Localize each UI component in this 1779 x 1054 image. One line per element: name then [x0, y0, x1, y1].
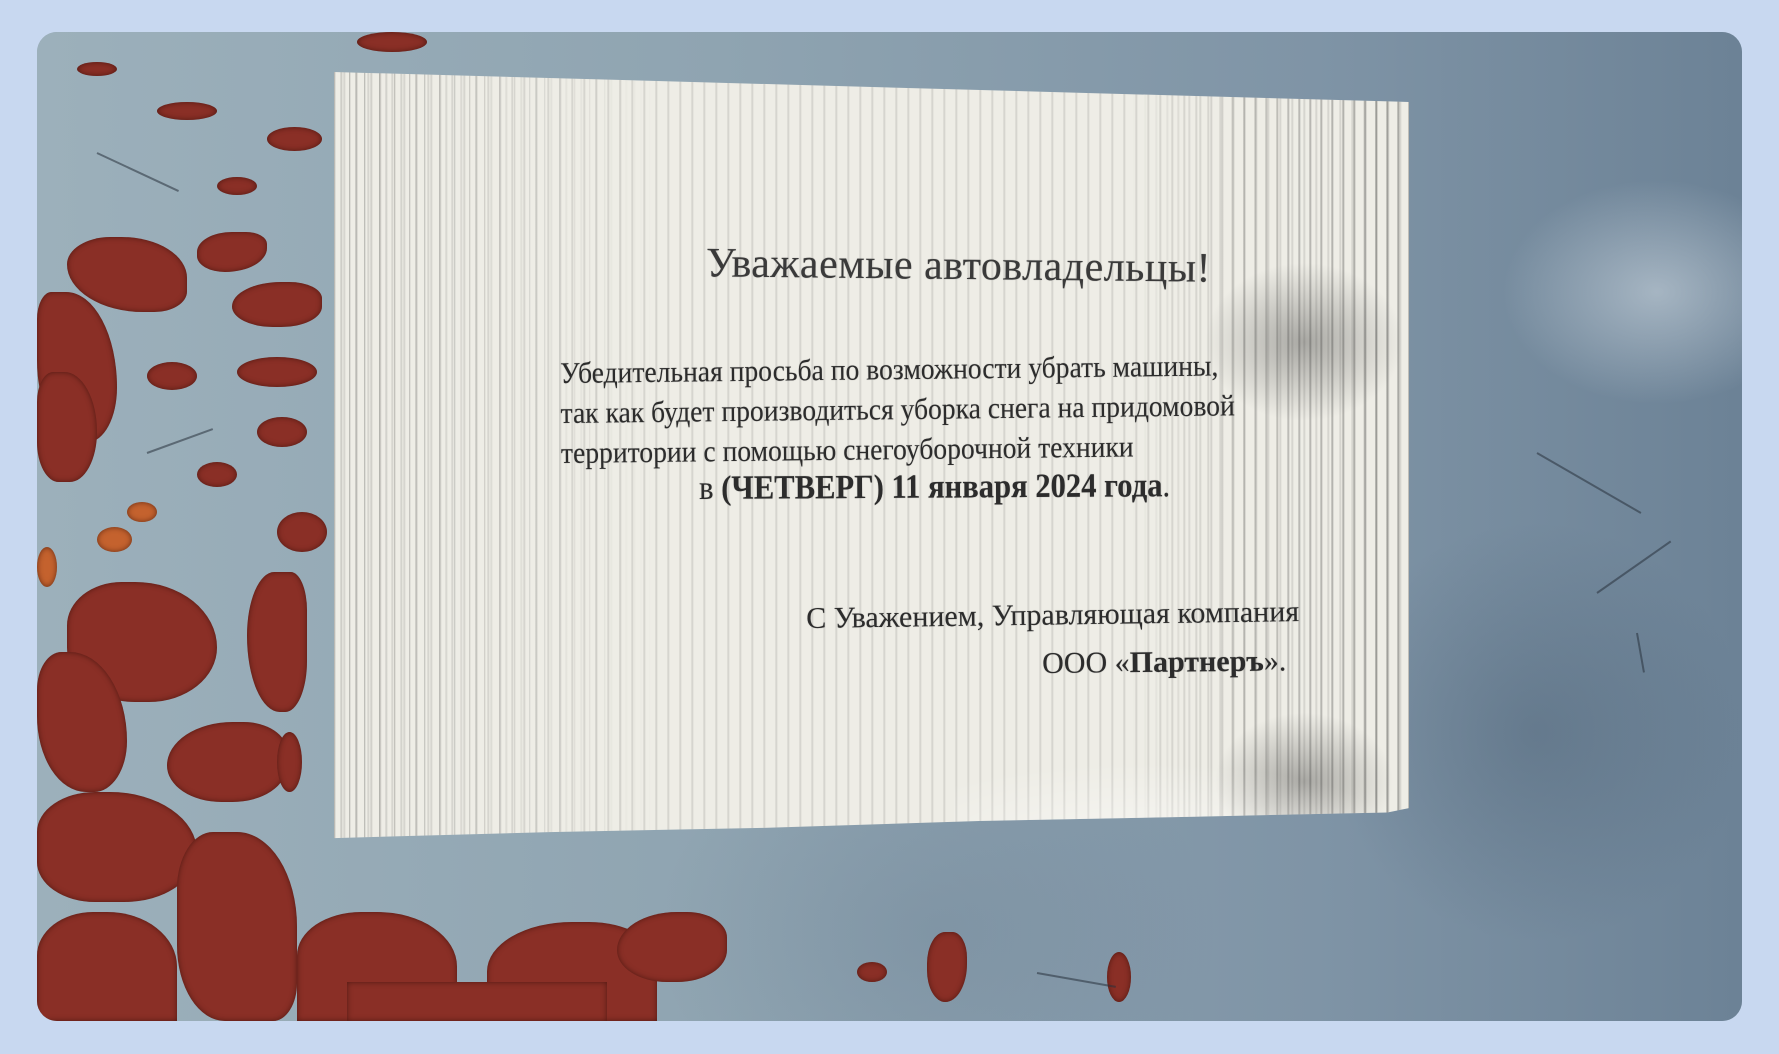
notice-body: Убедительная просьба по возможности убра…	[560, 346, 1235, 474]
date-text: (ЧЕТВЕРГ) 11 января 2024 года	[721, 467, 1162, 507]
wall-crack	[1037, 972, 1116, 988]
notice-body-line: так как будет производиться уборка снега…	[560, 386, 1235, 434]
wall-crack	[97, 152, 179, 192]
rust-patch	[37, 792, 197, 902]
rust-patch	[177, 832, 297, 1021]
company-prefix: ООО «	[1042, 646, 1130, 680]
rust-patch	[127, 502, 157, 522]
rust-patch	[347, 982, 607, 1021]
rust-patch	[37, 912, 177, 1021]
date-prefix: в	[699, 470, 721, 507]
rust-patch	[267, 127, 322, 151]
printed-notice: Уважаемые автовладельцы! Убедительная пр…	[334, 72, 1409, 928]
rust-patch	[247, 572, 307, 712]
notice-title: Уважаемые автовладельцы!	[706, 239, 1212, 292]
company-suffix: ».	[1264, 644, 1287, 677]
rust-patch	[237, 357, 317, 387]
wall-crack	[1537, 452, 1642, 514]
rust-patch	[157, 102, 217, 120]
rust-patch	[1107, 952, 1131, 1002]
wall-crack	[147, 428, 213, 454]
toner-streaks	[334, 72, 664, 928]
rust-patch	[927, 932, 967, 1002]
wall-crack	[1636, 633, 1645, 673]
rust-patch	[147, 362, 197, 390]
rust-patch	[217, 177, 257, 195]
rust-patch	[257, 417, 307, 447]
rust-patch	[277, 732, 302, 792]
notice-date: в (ЧЕТВЕРГ) 11 января 2024 года.	[699, 467, 1170, 508]
rust-patch	[77, 62, 117, 76]
rust-patch	[167, 722, 287, 802]
rust-patch	[37, 547, 57, 587]
rust-patch	[277, 512, 327, 552]
rust-patch	[197, 232, 267, 272]
notice-company: ООО «Партнеръ».	[1042, 644, 1286, 681]
rust-patch	[232, 282, 322, 327]
rust-patch	[197, 462, 237, 487]
rust-patch	[357, 32, 427, 52]
company-name: Партнеръ	[1129, 645, 1263, 679]
notice-signature: С Уважением, Управляющая компания	[806, 595, 1299, 636]
rust-patch	[617, 912, 727, 982]
wall-crack	[1596, 541, 1671, 594]
rust-patch	[97, 527, 132, 552]
rust-patch	[857, 962, 887, 982]
photo: Уважаемые автовладельцы! Убедительная пр…	[37, 32, 1742, 1021]
date-suffix: .	[1162, 467, 1170, 504]
